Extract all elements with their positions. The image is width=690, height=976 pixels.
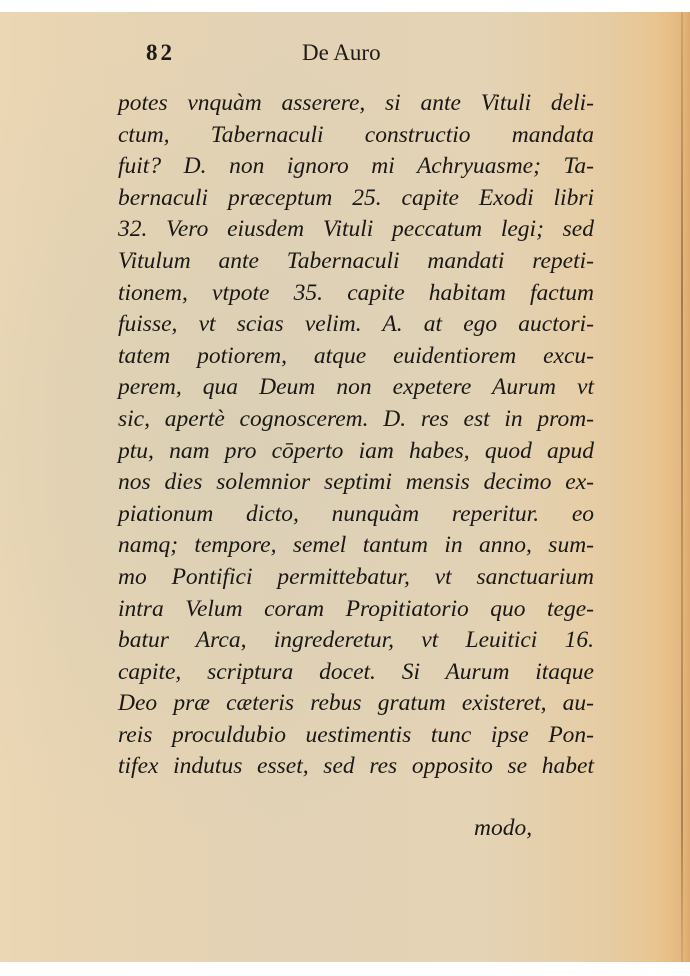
text-line: fuisse, vt scias velim. A. at ego auctor… xyxy=(118,309,594,341)
text-line: capite, scriptura docet. Si Aurum itaque xyxy=(118,657,594,689)
text-line: namq; tempore, semel tantum in anno, sum… xyxy=(118,530,594,562)
text-line: bernaculi præceptum 25. capite Exodi lib… xyxy=(118,183,594,215)
text-line: perem, qua Deum non expetere Aurum vt xyxy=(118,372,594,404)
page-number: 82 xyxy=(146,40,175,66)
text-line: sic, apertè cognoscerem. D. res est in p… xyxy=(118,404,594,436)
book-page: 82 De Auro potes vnquàm asserere, si ant… xyxy=(0,12,690,962)
text-line: piationum dicto, nunquàm reperitur. eo xyxy=(118,499,594,531)
text-line: 32. Vero eiusdem Vituli peccatum legi; s… xyxy=(118,214,594,246)
catchword: modo, xyxy=(474,815,532,842)
text-line: potes vnquàm asserere, si ante Vituli de… xyxy=(118,88,594,120)
text-line: batur Arca, ingrederetur, vt Leuitici 16… xyxy=(118,625,594,657)
text-line: reis proculdubio uestimentis tunc ipse P… xyxy=(118,720,594,752)
text-line: tatem potiorem, atque euidentiorem excu- xyxy=(118,341,594,373)
running-title: De Auro xyxy=(302,40,381,66)
text-line: ctum, Tabernaculi constructio mandata xyxy=(118,120,594,152)
text-line: tionem, vtpote 35. capite habitam factum xyxy=(118,278,594,310)
body-text: potes vnquàm asserere, si ante Vituli de… xyxy=(118,88,594,783)
text-line: fuit? D. non ignoro mi Achryuasme; Ta- xyxy=(118,151,594,183)
text-line: nos dies solemnior septimi mensis decimo… xyxy=(118,467,594,499)
running-head: 82 De Auro xyxy=(146,40,446,70)
text-line: mo Pontifici permittebatur, vt sanctuari… xyxy=(118,562,594,594)
text-line: ptu, nam pro cōperto iam habes, quod apu… xyxy=(118,436,594,468)
text-line: Vitulum ante Tabernaculi mandati repeti- xyxy=(118,246,594,278)
text-line: Deo præ cæteris rebus gratum existeret, … xyxy=(118,688,594,720)
text-line: intra Velum coram Propitiatorio quo tege… xyxy=(118,594,594,626)
text-line: tifex indutus esset, sed res opposito se… xyxy=(118,751,594,783)
